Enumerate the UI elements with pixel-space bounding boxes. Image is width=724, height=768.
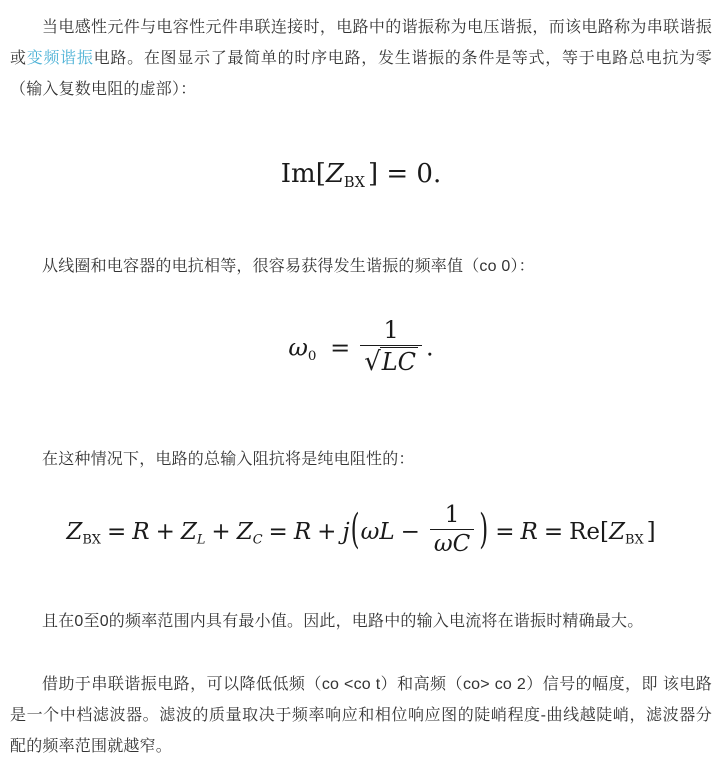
fraction-numerator: 1 bbox=[360, 317, 422, 345]
subscript-bx: BX bbox=[344, 174, 365, 191]
equals-sign: = bbox=[495, 519, 514, 545]
fraction-numerator: 1 bbox=[430, 504, 474, 529]
capacitive-impedance: Z bbox=[237, 519, 253, 545]
minus-sign: − bbox=[401, 519, 420, 545]
paragraph-minimum-value: 且在0至0的频率范围内具有最小值。因此，电路中的输入电流将在谐振时精确最大。 bbox=[10, 606, 712, 637]
fraction: 1ωC bbox=[430, 504, 474, 556]
resistance-variable: R bbox=[132, 519, 149, 545]
plus-sign: + bbox=[156, 519, 175, 545]
document-body: 当电感性元件与电容性元件串联连接时，电路中的谐振称为电压谐振，而该电路称为串联谐… bbox=[10, 12, 712, 762]
text-run: 电路。在图显示了最简单的时序电路，发生谐振的条件是等式，等于电路总电抗为零（输入… bbox=[10, 50, 712, 98]
impedance-variable: Z bbox=[326, 159, 344, 189]
omega-symbol: ω bbox=[288, 334, 308, 362]
equals-sign: = bbox=[544, 519, 563, 545]
fraction-denominator: √LC bbox=[360, 345, 422, 375]
subscript-bx: BX bbox=[82, 533, 101, 548]
equals-sign: = bbox=[330, 334, 350, 362]
formula-impedance-sum: ZBX=R+ZL+ZC=R+j(ωL−1ωC)=R=Re[ZBX] bbox=[10, 507, 712, 559]
re-operator: Re[ bbox=[569, 519, 609, 545]
plus-sign: + bbox=[317, 519, 336, 545]
fraction: 1√LC bbox=[360, 317, 422, 375]
paragraph-resonance-intro: 当电感性元件与电容性元件串联连接时，电路中的谐振称为电压谐振，而该电路称为串联谐… bbox=[10, 12, 712, 105]
equals-sign: = bbox=[107, 519, 126, 545]
impedance-variable: Z bbox=[609, 519, 625, 545]
imaginary-unit: j bbox=[342, 519, 349, 545]
omega-l-term: ωL bbox=[361, 519, 395, 545]
link-variable-frequency-resonance[interactable]: 变频谐振 bbox=[27, 50, 94, 67]
paragraph-frequency-value: 从线圈和电容器的电抗相等，很容易获得发生谐振的频率值（co 0）： bbox=[10, 251, 712, 282]
sqrt-radicand: LC bbox=[380, 347, 418, 376]
paragraph-filter-description: 借助于串联谐振电路，可以降低低频（co <co t）和高频（co> co 2）信… bbox=[10, 669, 712, 762]
left-parenthesis: ( bbox=[351, 507, 360, 556]
sqrt-symbol: √ bbox=[364, 347, 381, 377]
impedance-variable: Z bbox=[66, 519, 82, 545]
equals-sign: = bbox=[269, 519, 288, 545]
close-bracket: ] bbox=[647, 519, 656, 545]
equals-zero: ] = 0. bbox=[368, 159, 441, 189]
resistance-variable: R bbox=[521, 519, 538, 545]
im-operator: Im[ bbox=[281, 159, 326, 189]
fraction-denominator: ωC bbox=[430, 529, 474, 556]
inductive-impedance: Z bbox=[181, 519, 197, 545]
plus-sign: + bbox=[211, 519, 230, 545]
right-parenthesis: ) bbox=[479, 507, 488, 556]
subscript-c: C bbox=[253, 533, 263, 548]
period: . bbox=[426, 334, 434, 362]
subscript-bx: BX bbox=[625, 533, 644, 548]
formula-imaginary-part-zero: Im[ZBX] = 0. bbox=[10, 157, 712, 191]
formula-resonant-frequency: ω0 =1√LC. bbox=[10, 320, 712, 378]
paragraph-input-impedance: 在这种情况下，电路的总输入阻抗将是纯电阻性的： bbox=[10, 444, 712, 475]
subscript-l: L bbox=[197, 533, 206, 548]
subscript-zero: 0 bbox=[308, 349, 317, 364]
resistance-variable: R bbox=[294, 519, 311, 545]
